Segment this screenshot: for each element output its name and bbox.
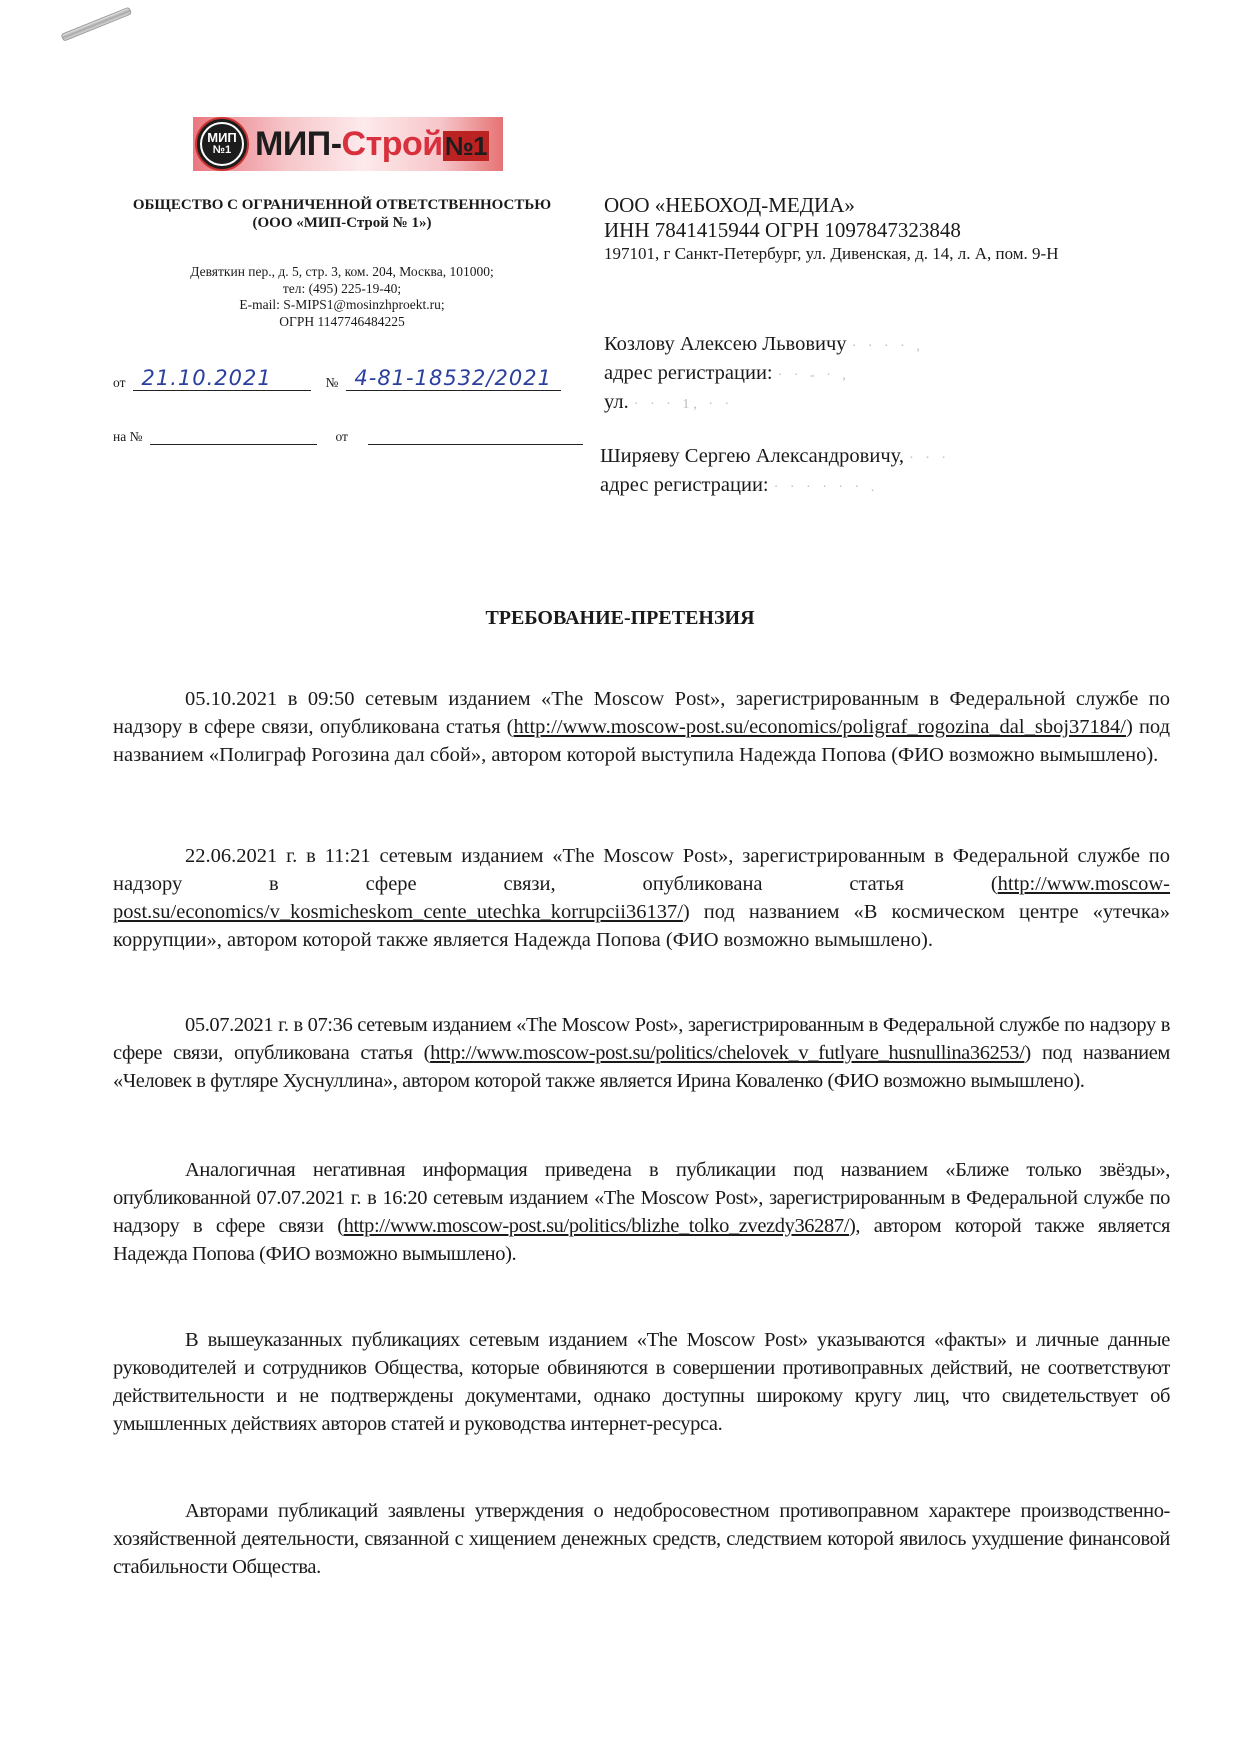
recipient-block: ООО «НЕБОХОД-МЕДИА» ИНН 7841415944 ОГРН … [604, 193, 1058, 265]
logo-emblem-icon: МИП №1 [195, 117, 249, 171]
number-label: № [325, 375, 338, 391]
from-date-value: 21.10.2021 [141, 366, 271, 390]
recipient-company: ООО «НЕБОХОД-МЕДИА» [604, 193, 1058, 218]
redacted-text: · · - · , [778, 362, 850, 389]
from-label: от [113, 375, 125, 391]
sender-email: E-mail: S-MIPS1@mosinzhproekt.ru; [100, 297, 584, 314]
recipient-address: 197101, г Санкт-Петербург, ул. Дивенская… [604, 243, 1058, 265]
person-2: Ширяеву Сергею Александровичу, · · · адр… [600, 443, 950, 501]
redacted-text: · · · 1, · · [634, 391, 733, 418]
staple-mark [61, 7, 133, 42]
paragraph-6-text: Авторами публикаций заявлены утверждения… [113, 1500, 1170, 1578]
paragraph-1: 05.10.2021 в 09:50 сетевым изданием «The… [113, 685, 1170, 769]
reply-from-field [368, 422, 583, 445]
number-value: 4-81-18532/2021 [354, 366, 552, 390]
logo-emblem-top: МИП [207, 131, 237, 144]
person-1-address-line: ул. [604, 391, 629, 413]
sender-org-short: (ООО «МИП-Строй № 1») [100, 214, 584, 232]
reply-ref-row: на № от [113, 422, 583, 445]
logo-text: МИП-Строй№1 [255, 125, 489, 164]
paragraph-5: В вышеуказанных публикациях сетевым изда… [113, 1326, 1170, 1438]
person-1-name: Козлову Алексею Львовичу [604, 333, 847, 355]
paragraph-6: Авторами публикаций заявлены утверждения… [113, 1497, 1170, 1581]
number-field: 4-81-18532/2021 [346, 368, 561, 391]
recipient-ids: ИНН 7841415944 ОГРН 1097847323848 [604, 218, 1058, 243]
redacted-text: · · · [909, 445, 950, 472]
person-1-address-label: адрес регистрации: [604, 362, 773, 384]
sender-ogrn: ОГРН 1147746484225 [100, 314, 584, 331]
person-2-address-label: адрес регистрации: [600, 474, 769, 496]
sender-address: Девяткин пер., д. 5, стр. 3, ком. 204, М… [100, 264, 584, 281]
outgoing-ref-row: от 21.10.2021 № 4-81-18532/2021 [113, 368, 561, 391]
redacted-text: · · · · · · . [774, 474, 878, 501]
article-link-3[interactable]: http://www.moscow-post.su/politics/chelo… [430, 1042, 1024, 1064]
paragraph-4: Аналогичная негативная информация привед… [113, 1156, 1170, 1268]
paragraph-2: 22.06.2021 г. в 11:21 сетевым изданием «… [113, 842, 1170, 954]
logo-text-part3: №1 [443, 131, 489, 161]
sender-contacts: Девяткин пер., д. 5, стр. 3, ком. 204, М… [100, 264, 584, 330]
document-title: ТРЕБОВАНИЕ-ПРЕТЕНЗИЯ [0, 607, 1240, 630]
reply-number-field [150, 422, 317, 445]
reply-number-label: на № [113, 429, 142, 445]
person-2-name: Ширяеву Сергею Александровичу, [600, 445, 904, 467]
article-link-4[interactable]: http://www.moscow-post.su/politics/blizh… [344, 1215, 849, 1237]
redacted-text: · · · · , [852, 333, 924, 360]
logo-emblem-bottom: №1 [213, 144, 231, 157]
from-date-field: 21.10.2021 [133, 368, 311, 391]
sender-block: ОБЩЕСТВО С ОГРАНИЧЕННОЙ ОТВЕТСТВЕННОСТЬЮ… [100, 196, 584, 330]
sender-phone: тел: (495) 225-19-40; [100, 281, 584, 298]
paragraph-3: 05.07.2021 г. в 07:36 сетевым изданием «… [113, 1011, 1170, 1095]
sender-org-name: ОБЩЕСТВО С ОГРАНИЧЕННОЙ ОТВЕТСТВЕННОСТЬЮ [100, 196, 584, 214]
logo-text-part1: МИП- [255, 125, 342, 163]
reply-from-label: от [335, 429, 347, 445]
company-logo: МИП №1 МИП-Строй№1 [193, 117, 489, 171]
person-1: Козлову Алексею Львовичу · · · · , адрес… [604, 331, 924, 418]
paragraph-5-text: В вышеуказанных публикациях сетевым изда… [113, 1329, 1170, 1435]
logo-text-part2: Строй [342, 125, 443, 163]
article-link-1[interactable]: http://www.moscow-post.su/economics/poli… [514, 716, 1126, 738]
